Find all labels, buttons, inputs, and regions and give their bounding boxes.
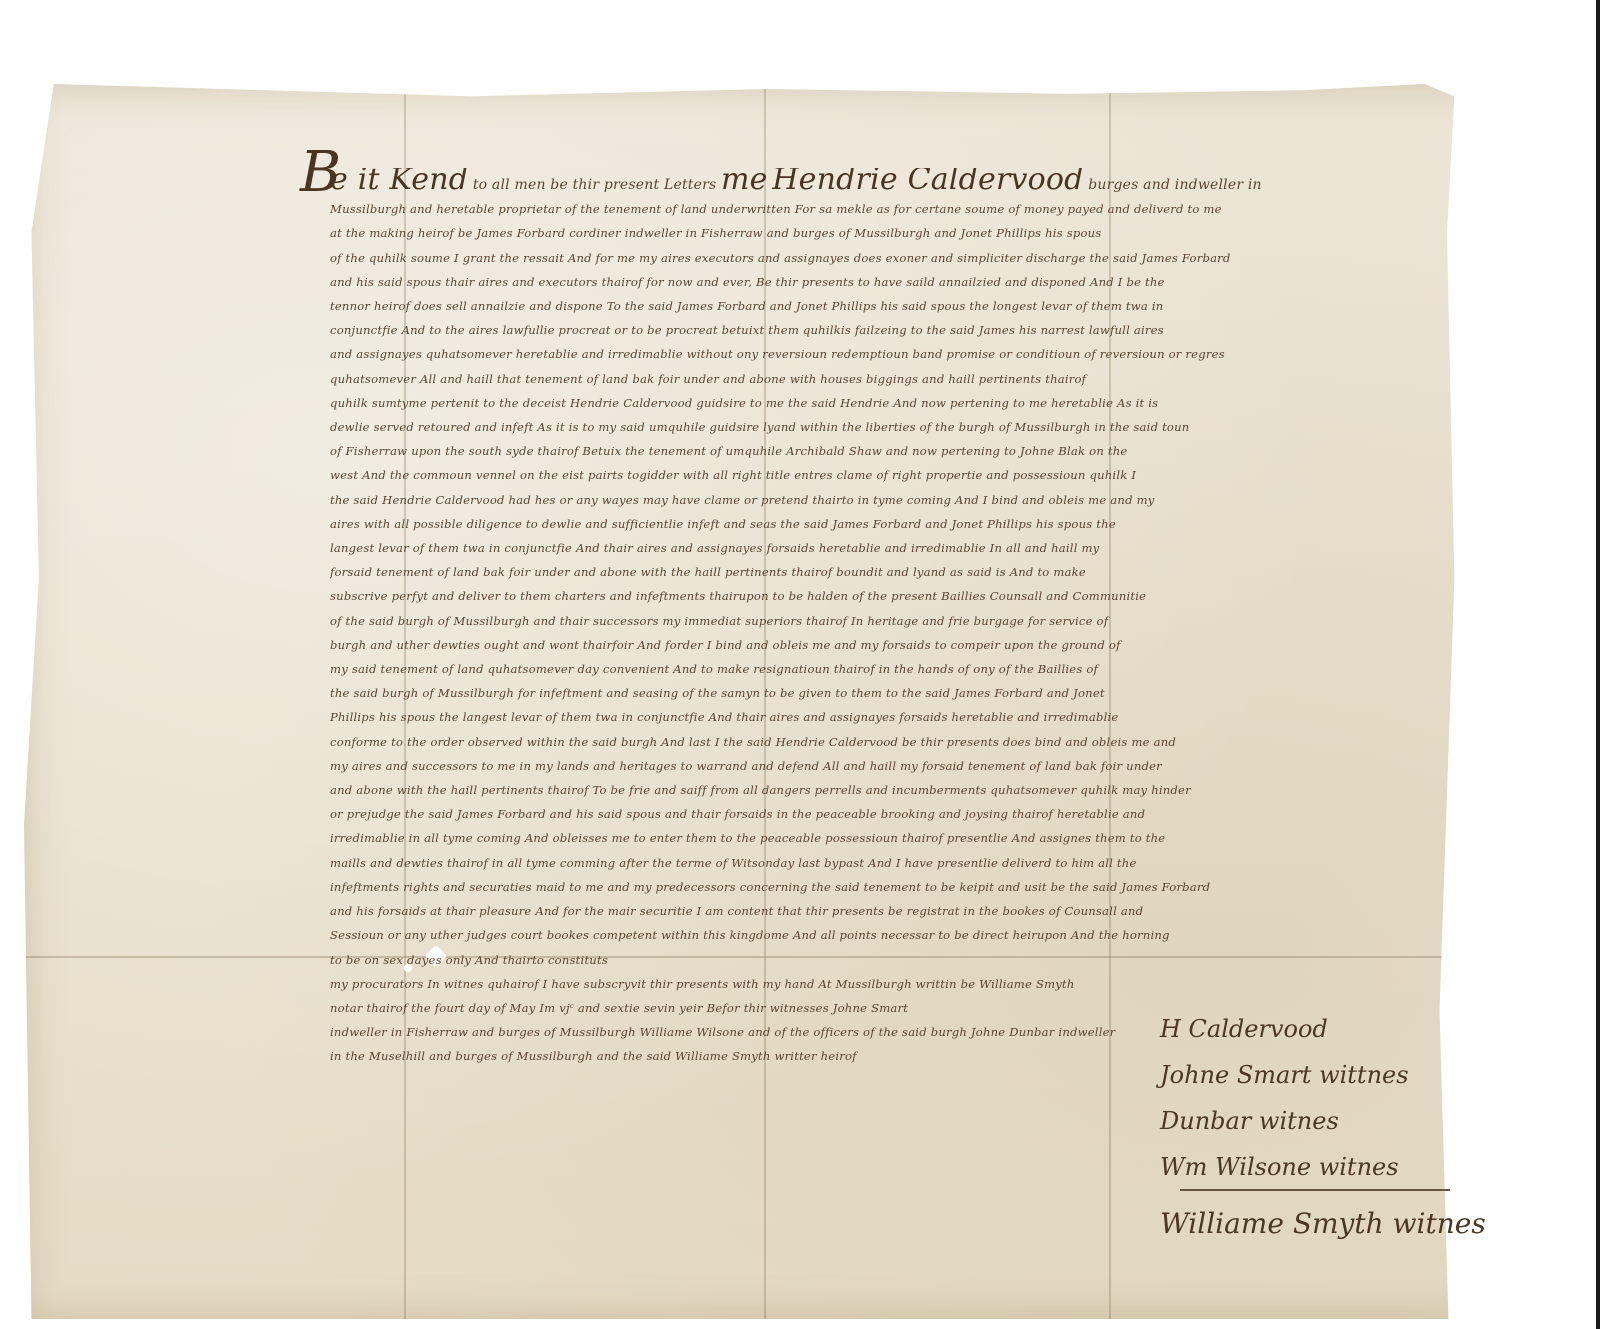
text-line: Phillips his spous the langest levar of … xyxy=(330,705,1480,729)
charter-body: e it Kend to all men be thir present Let… xyxy=(330,168,1480,1069)
text-line: maills and dewties thairof in all tyme c… xyxy=(330,851,1480,875)
opening-phrase: to all men be thir present Letters xyxy=(473,177,717,193)
text-line: of the quhilk soume I grant the ressait … xyxy=(330,246,1480,270)
text-line: and his said spous thair aires and execu… xyxy=(330,270,1480,294)
signature-flourish-rule xyxy=(1180,1189,1450,1191)
text-line: Mussilburgh and heretable proprietar of … xyxy=(330,197,1480,221)
signature-notary: Williame Smyth witnes xyxy=(1160,1207,1480,1240)
granter-name: Hendrie Caldervood xyxy=(772,168,1083,197)
text-line: aires with all possible diligence to dew… xyxy=(330,512,1480,536)
signature-witness: Wm Wilsone witnes xyxy=(1160,1153,1480,1181)
signature-witness: Dunbar witnes xyxy=(1160,1107,1480,1135)
text-line: to be on sex dayes only And thairto cons… xyxy=(330,948,1480,972)
text-line: forsaid tenement of land bak foir under … xyxy=(330,560,1480,584)
text-line: infeftments rights and securaties maid t… xyxy=(330,875,1480,899)
text-line: tennor heirof does sell annailzie and di… xyxy=(330,294,1480,318)
text-line: the said Hendrie Caldervood had hes or a… xyxy=(330,488,1480,512)
opening-words: e it Kend xyxy=(330,168,468,197)
text-line: my said tenement of land quhatsomever da… xyxy=(330,657,1480,681)
text-line: subscrive perfyt and deliver to them cha… xyxy=(330,584,1480,608)
body-lines: Mussilburgh and heretable proprietar of … xyxy=(330,197,1480,1068)
text-line: west And the commoun vennel on the eist … xyxy=(330,463,1480,487)
text-line: and assignayes quhatsomever heretablie a… xyxy=(330,342,1480,366)
text-line: at the making heirof be James Forbard co… xyxy=(330,221,1480,245)
text-line: conforme to the order observed within th… xyxy=(330,730,1480,754)
text-line: conjunctfie And to the aires lawfullie p… xyxy=(330,318,1480,342)
text-line: quhatsomever All and haill that tenement… xyxy=(330,367,1480,391)
opening-line: e it Kend to all men be thir present Let… xyxy=(330,168,1480,197)
text-line: dewlie served retoured and infeft As it … xyxy=(330,415,1480,439)
opening-me: me xyxy=(721,168,768,197)
text-line: quhilk sumtyme pertenit to the deceist H… xyxy=(330,391,1480,415)
text-line: my procurators In witnes quhairof I have… xyxy=(330,972,1480,996)
text-line: irredimablie in all tyme coming And oble… xyxy=(330,826,1480,850)
text-line: burgh and uther dewties ought and wont t… xyxy=(330,633,1480,657)
text-line: Sessioun or any uther judges court booke… xyxy=(330,923,1480,947)
text-line: and his forsaids at thair pleasure And f… xyxy=(330,899,1480,923)
scan-frame-edge xyxy=(1596,0,1600,1329)
text-line: of the said burgh of Mussilburgh and tha… xyxy=(330,609,1480,633)
signature-granter: H Caldervood xyxy=(1160,1015,1480,1043)
text-line: of Fisherraw upon the south syde thairof… xyxy=(330,439,1480,463)
signature-block: H Caldervood Johne Smart wittnes Dunbar … xyxy=(1160,1015,1480,1258)
granter-title: burges and indweller in xyxy=(1088,177,1262,193)
text-line: and abone with the haill pertinents thai… xyxy=(330,778,1480,802)
text-line: the said burgh of Mussilburgh for infeft… xyxy=(330,681,1480,705)
signature-witness: Johne Smart wittnes xyxy=(1160,1061,1480,1089)
text-line: my aires and successors to me in my land… xyxy=(330,754,1480,778)
text-line: langest levar of them twa in conjunctfie… xyxy=(330,536,1480,560)
text-line: or prejudge the said James Forbard and h… xyxy=(330,802,1480,826)
